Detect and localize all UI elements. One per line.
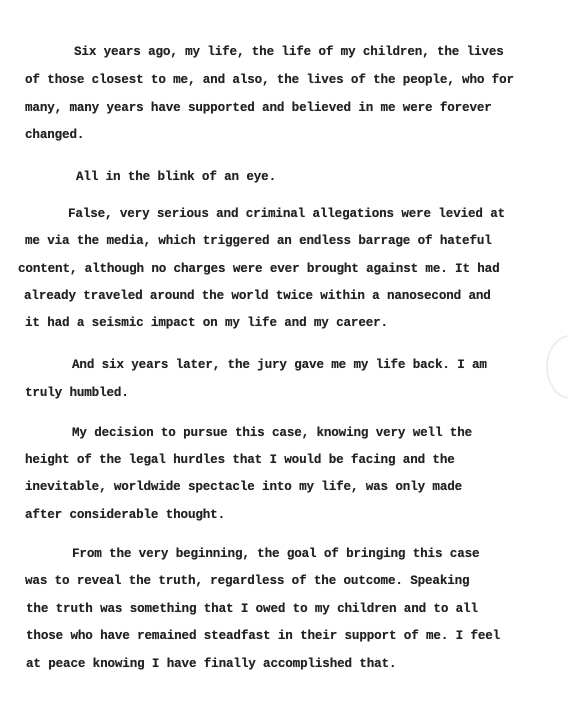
scan-artifact bbox=[546, 335, 568, 399]
paragraph-3-line-4: already traveled around the world twice … bbox=[24, 288, 491, 304]
paragraph-5-line-4: after considerable thought. bbox=[25, 507, 225, 523]
paragraph-6-line-5: at peace knowing I have finally accompli… bbox=[26, 656, 396, 672]
paragraph-5-line-1: My decision to pursue this case, knowing… bbox=[72, 425, 472, 441]
paragraph-3-line-5: it had a seismic impact on my life and m… bbox=[25, 315, 388, 331]
paragraph-3-line-3: content, although no charges were ever b… bbox=[18, 261, 500, 277]
paragraph-6-line-3: the truth was something that I owed to m… bbox=[26, 601, 478, 617]
paragraph-1-line-1: Six years ago, my life, the life of my c… bbox=[74, 44, 504, 60]
paragraph-4-line-2: truly humbled. bbox=[25, 385, 129, 401]
paragraph-2-line-1: All in the blink of an eye. bbox=[76, 169, 276, 185]
paragraph-1-line-3: many, many years have supported and beli… bbox=[25, 100, 492, 116]
paragraph-6-line-4: those who have remained steadfast in the… bbox=[26, 628, 500, 644]
paragraph-1-line-2: of those closest to me, and also, the li… bbox=[25, 72, 514, 88]
typewritten-statement-page: Six years ago, my life, the life of my c… bbox=[0, 0, 568, 704]
paragraph-6-line-2: was to reveal the truth, regardless of t… bbox=[25, 573, 469, 589]
paragraph-3-line-1: False, very serious and criminal allegat… bbox=[68, 206, 505, 222]
paragraph-1-line-4: changed. bbox=[25, 127, 84, 143]
paragraph-3-line-2: me via the media, which triggered an end… bbox=[25, 233, 492, 249]
paragraph-5-line-3: inevitable, worldwide spectacle into my … bbox=[25, 479, 462, 495]
paragraph-6-line-1: From the very beginning, the goal of bri… bbox=[72, 546, 479, 562]
paragraph-4-line-1: And six years later, the jury gave me my… bbox=[72, 357, 487, 373]
paragraph-5-line-2: height of the legal hurdles that I would… bbox=[25, 452, 455, 468]
